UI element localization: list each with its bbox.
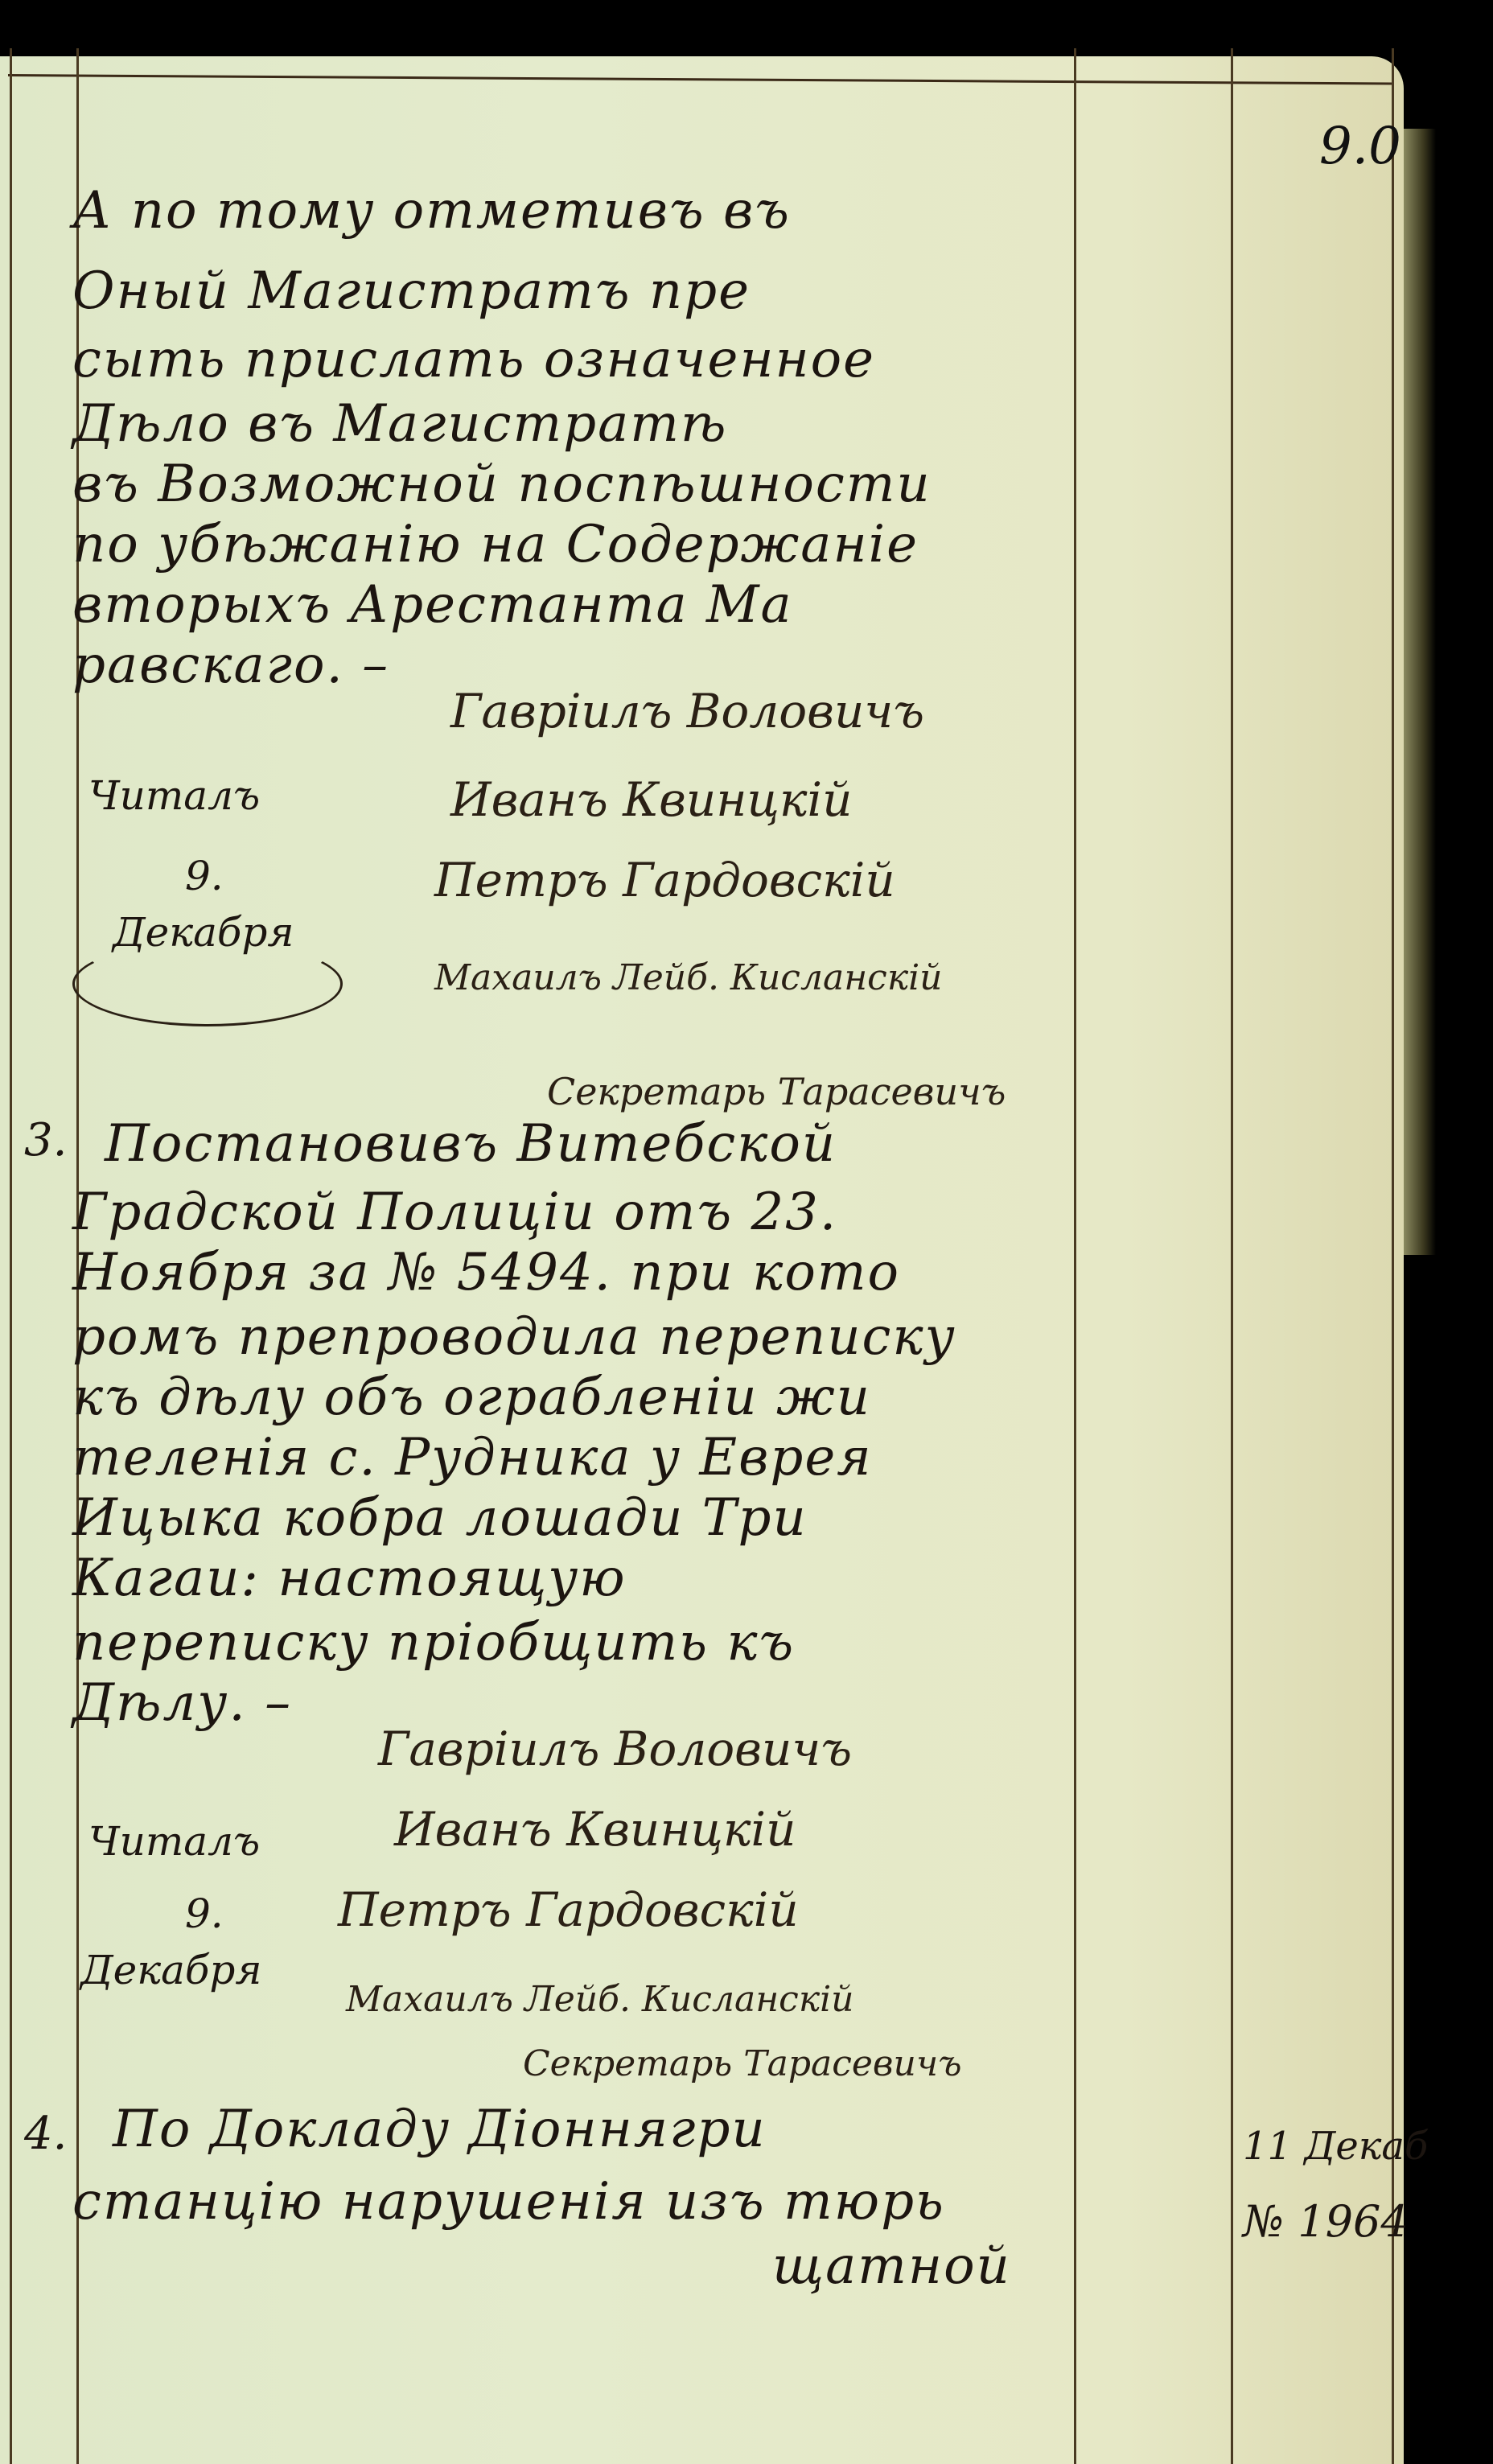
text-line: Постановивъ Витебской xyxy=(105,1114,837,1174)
secretary-signature: Секретарь Тарасевичъ xyxy=(523,2043,962,2084)
text-line: Ноября за № 5494. при кото xyxy=(72,1243,900,1302)
entry-number: 4. xyxy=(24,2108,67,2160)
text-line: по убѣжанію на Содержаніе xyxy=(72,515,919,574)
text-line: теленія с. Рудника у Еврея xyxy=(72,1428,873,1487)
margin-note-read: Читалъ xyxy=(88,1818,260,1865)
right-margin-number: № 1964 xyxy=(1243,2196,1409,2247)
margin-note-month: Декабря xyxy=(80,1947,262,1993)
secretary-signature: Секретарь Тарасевичъ xyxy=(547,1070,1006,1113)
text-line: Дѣлу. – xyxy=(72,1673,292,1733)
margin-note-day: 9. xyxy=(185,853,224,899)
text-line: Дѣло въ Магистратѣ xyxy=(72,394,727,454)
text-line: Оный Магистратъ пре xyxy=(72,261,751,321)
text-line: переписку пріобщить къ xyxy=(72,1613,795,1672)
text-line: Градской Полиціи отъ 23. xyxy=(72,1183,837,1242)
page-stack-edge xyxy=(1404,129,1436,1255)
text-line: щатной xyxy=(772,2236,1011,2296)
signature: Гаврiилъ Воловичъ xyxy=(450,684,924,738)
text-column-right-line xyxy=(1074,48,1076,2464)
text-line: вторыхъ Арестанта Ма xyxy=(72,575,793,635)
entry-number: 3. xyxy=(24,1114,67,1166)
margin-note-day: 9. xyxy=(185,1890,224,1937)
signature: Иванъ Квинцкій xyxy=(394,1802,796,1857)
text-line: въ Возможной поспѣшности xyxy=(72,455,932,514)
text-line: къ дѣлу объ ограбленіи жи xyxy=(72,1368,871,1427)
signature: Махаилъ Лейб. Кисланскій xyxy=(434,957,943,998)
margin-note-read: Читалъ xyxy=(88,772,260,819)
signature: Гаврiилъ Воловичъ xyxy=(378,1722,852,1776)
left-edge-line xyxy=(10,48,12,2464)
page-number: 9.0 xyxy=(1319,117,1401,176)
text-line: сыть прислать означенное xyxy=(72,330,875,389)
text-line: Ицыка кобра лошади Три xyxy=(72,1488,808,1548)
right-margin-date: 11 Декаб xyxy=(1243,2124,1428,2169)
text-line: Кагаи: настоящую xyxy=(72,1549,627,1608)
text-line: По Докладу Діоннягри xyxy=(113,2100,767,2159)
signature: Иванъ Квинцкій xyxy=(450,772,852,827)
text-line: ромъ препроводила переписку xyxy=(72,1307,956,1367)
text-line: А по тому отметивъ въ xyxy=(72,181,791,241)
signature: Махаилъ Лейб. Кисланскій xyxy=(346,1979,854,2020)
signature: Петръ Гардовскій xyxy=(434,853,895,907)
flourish-ornament xyxy=(72,941,343,1026)
page-right-line xyxy=(1392,48,1394,2464)
text-line: станцію нарушенія изъ тюрь xyxy=(72,2172,945,2232)
signature: Петръ Гардовскій xyxy=(338,1882,799,1937)
date-column-line xyxy=(1231,48,1233,2464)
text-line: равскаго. – xyxy=(72,636,389,695)
